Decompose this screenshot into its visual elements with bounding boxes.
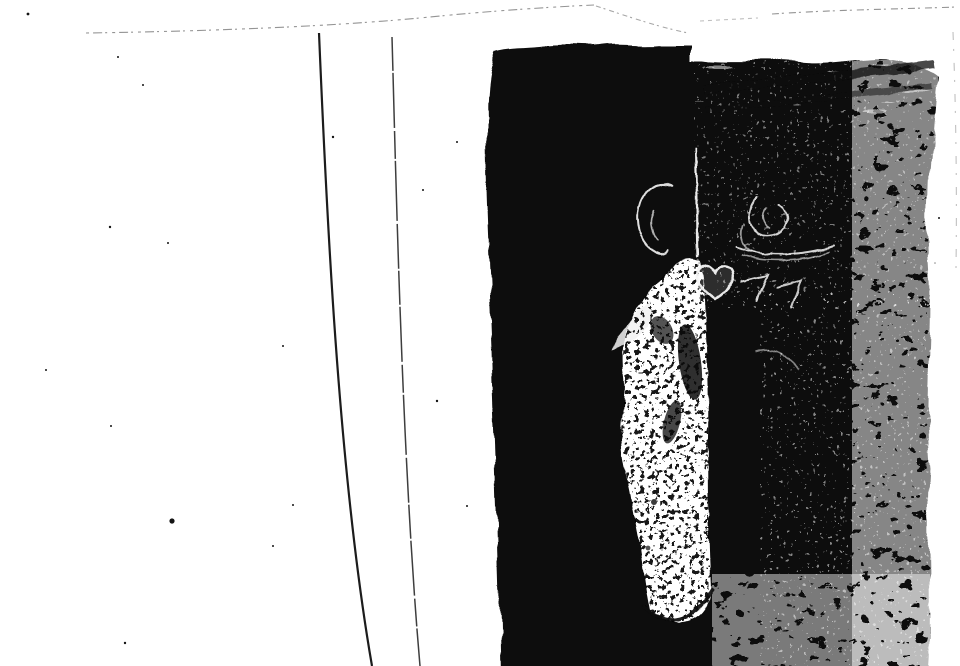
ink-field-group [486, 44, 940, 666]
vase-dark-patch [651, 499, 657, 505]
dust-speck [332, 136, 334, 138]
dust-speck [142, 84, 144, 86]
dust-speck [282, 345, 284, 347]
dust-speck [27, 13, 30, 16]
dust-speck [110, 425, 112, 427]
dust-speck [45, 369, 47, 371]
artwork-page: Abstract black-and-white monotype print:… [0, 0, 960, 666]
dust-speck [124, 642, 126, 644]
dust-speck [169, 518, 174, 523]
artwork-canvas: Abstract black-and-white monotype print:… [0, 0, 960, 666]
dust-speck [109, 226, 111, 228]
dust-speck [272, 545, 274, 547]
dust-speck [422, 189, 424, 191]
dust-speck [466, 505, 468, 507]
dust-speck [456, 141, 458, 143]
vase-dark-patch [646, 546, 651, 551]
dust-speck [167, 242, 169, 244]
dust-speck [292, 504, 294, 506]
dust-speck [436, 400, 438, 402]
ink-texture-coarse-bottom [712, 574, 930, 666]
dust-speck [117, 56, 119, 58]
